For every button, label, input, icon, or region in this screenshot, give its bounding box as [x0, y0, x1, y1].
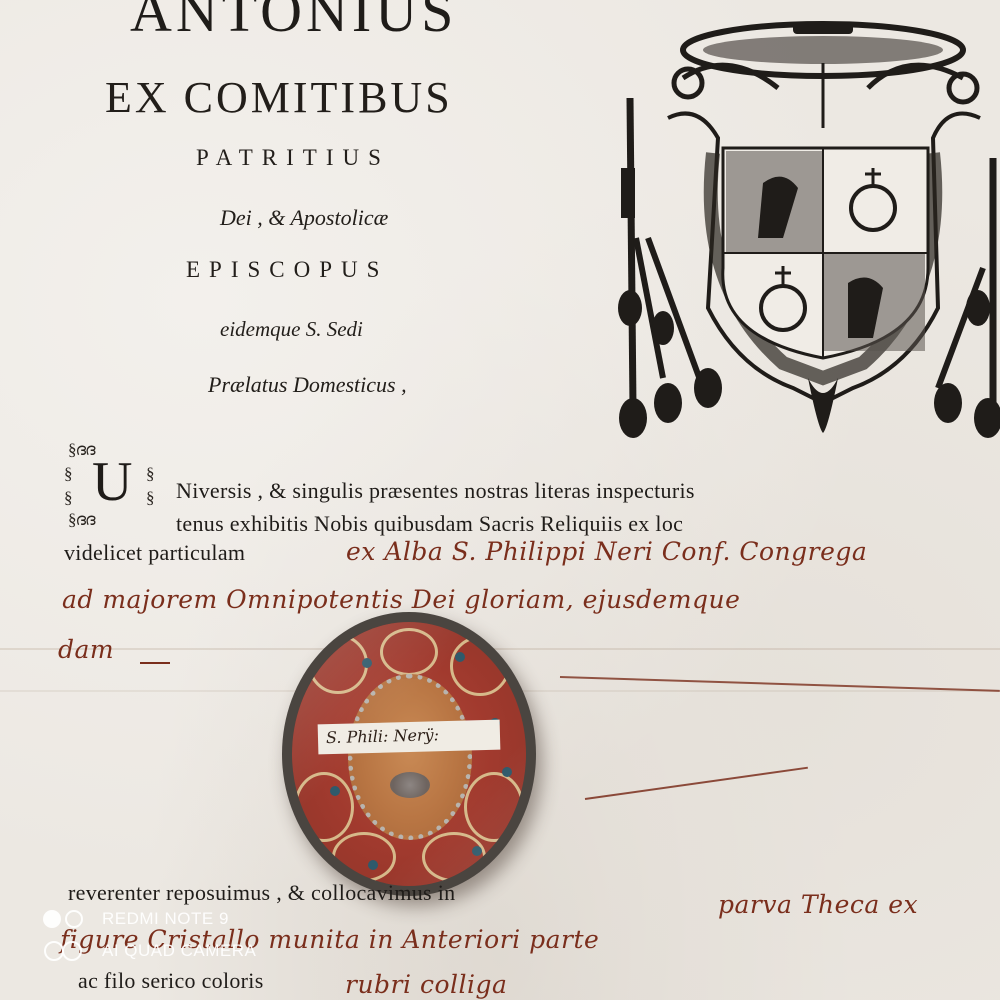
printed-line: reverenter reposuimus , & collocavimus i…: [68, 880, 455, 906]
manuscript-line: parva Theca ex: [718, 890, 918, 919]
header-name: ANTONIUS: [130, 0, 457, 45]
watermark-device: REDMI NOTE 9: [102, 909, 229, 929]
ornament-left: §: [64, 488, 72, 508]
pen-stroke: [140, 662, 170, 664]
printed-line: Niversis , & singulis præsentes nostras …: [176, 478, 695, 504]
ornament-top: §ദദ: [68, 440, 95, 460]
printed-line: tenus exhibitis Nobis quibusdam Sacris R…: [176, 511, 683, 537]
header-see: eidemque S. Sedi: [220, 317, 363, 342]
reliquary: S. Phili: Nerÿ:: [282, 612, 536, 896]
pen-stroke: [585, 767, 808, 800]
printed-line: ac filo serico coloris: [78, 968, 264, 994]
ornament-right: §: [146, 488, 154, 508]
ornament-right: §: [146, 464, 154, 484]
header-grace: Dei , & Apostolicæ: [220, 205, 388, 231]
printed-line: videlicet particulam: [64, 540, 245, 566]
manuscript-line: rubri colliga: [345, 970, 507, 999]
header-office: EPISCOPUS: [186, 257, 388, 283]
header-family: EX COMITIBUS: [105, 72, 453, 123]
manuscript-line: dam: [58, 635, 114, 664]
manuscript-line: ad majorem Omnipotentis Dei gloriam, eju…: [62, 585, 740, 614]
infinity-lens-icon: [42, 940, 86, 962]
camera-watermark: REDMI NOTE 9 AI QUAD CAMERA: [42, 906, 256, 964]
initial-letter: U: [92, 454, 132, 510]
ornament-left: §: [64, 464, 72, 484]
header-title: PATRITIUS: [196, 145, 390, 171]
manuscript-line: ex Alba S. Philippi Neri Conf. Congrega: [346, 537, 867, 566]
camera-lens-icon: [42, 908, 86, 930]
decorated-initial: §ദദ § § § § §ദദ U: [64, 440, 162, 532]
header-prelate: Prælatus Domesticus ,: [208, 372, 407, 398]
coat-of-arms-icon: [608, 8, 1000, 438]
watermark-camera: AI QUAD CAMERA: [102, 941, 256, 961]
reliquary-inner: S. Phili: Nerÿ:: [292, 622, 526, 886]
ornament-bottom: §ദദ: [68, 510, 95, 530]
